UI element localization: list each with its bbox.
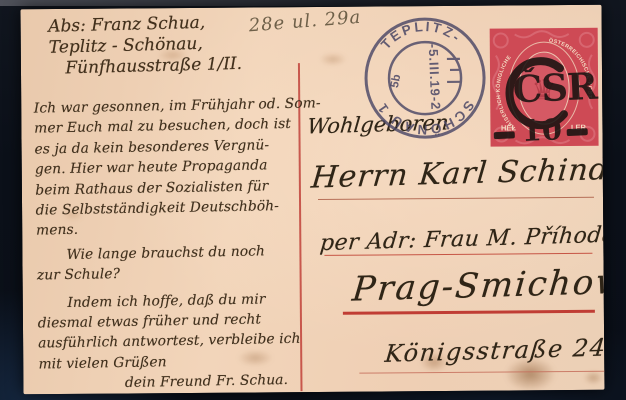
message-line: zur Schule? (37, 261, 303, 286)
sender-address: Abs: Franz Schua, Teplitz - Schönau, Fün… (48, 12, 242, 80)
stamp: ♛ KAISERLICH·KÖNIGLICHE ÖSTERREICHISCHE·… (489, 27, 600, 148)
address-name: Herrn Karl Schindler (310, 151, 605, 196)
address-line-rule (359, 371, 604, 374)
stamp-heller-left: HEL (501, 123, 516, 132)
message-line: mens. (36, 216, 302, 241)
postmark-town-bottom: SCHÖNAU 1 (373, 98, 477, 138)
stain (319, 53, 347, 66)
address-line-rule (343, 310, 595, 315)
address-line-rule (318, 197, 594, 200)
postcard: Abs: Franz Schua, Teplitz - Schönau, Fün… (20, 5, 604, 395)
address-city: Prag-Smichow, (350, 261, 604, 309)
overprint-dash (567, 128, 588, 136)
postmark: TEPLITZ- SCHÖNAU 1 5b -5.III.19-2 (354, 7, 495, 152)
postmark-date: -5.III.19-2 (426, 43, 444, 110)
photo-backdrop: Abs: Franz Schua, Teplitz - Schönau, Fün… (0, 0, 626, 400)
postmark-sorter: 5b (389, 73, 403, 89)
address-street: Königsstraße 24. (384, 333, 605, 368)
stain (583, 371, 603, 385)
message-text: Ich war gesonnen, im Frühjahr od. Som- m… (34, 94, 305, 395)
svg-text:SCHÖNAU 1: SCHÖNAU 1 (373, 98, 477, 138)
overprint-value: 10 (521, 112, 563, 147)
postmark-town-top: TEPLITZ- (378, 19, 465, 53)
overprint-dash (494, 131, 515, 139)
overprint-monogram: ČSR (512, 64, 599, 112)
sender-line: Fünfhausstraße 1/II. (49, 54, 242, 80)
svg-text:TEPLITZ-: TEPLITZ- (378, 19, 465, 53)
postmark-bridge-bars (447, 59, 461, 82)
pencil-catalog-note: 28e ul. 29a (248, 7, 362, 37)
address-care-of: per Adr: Frau M. Příhoda, (319, 222, 605, 256)
